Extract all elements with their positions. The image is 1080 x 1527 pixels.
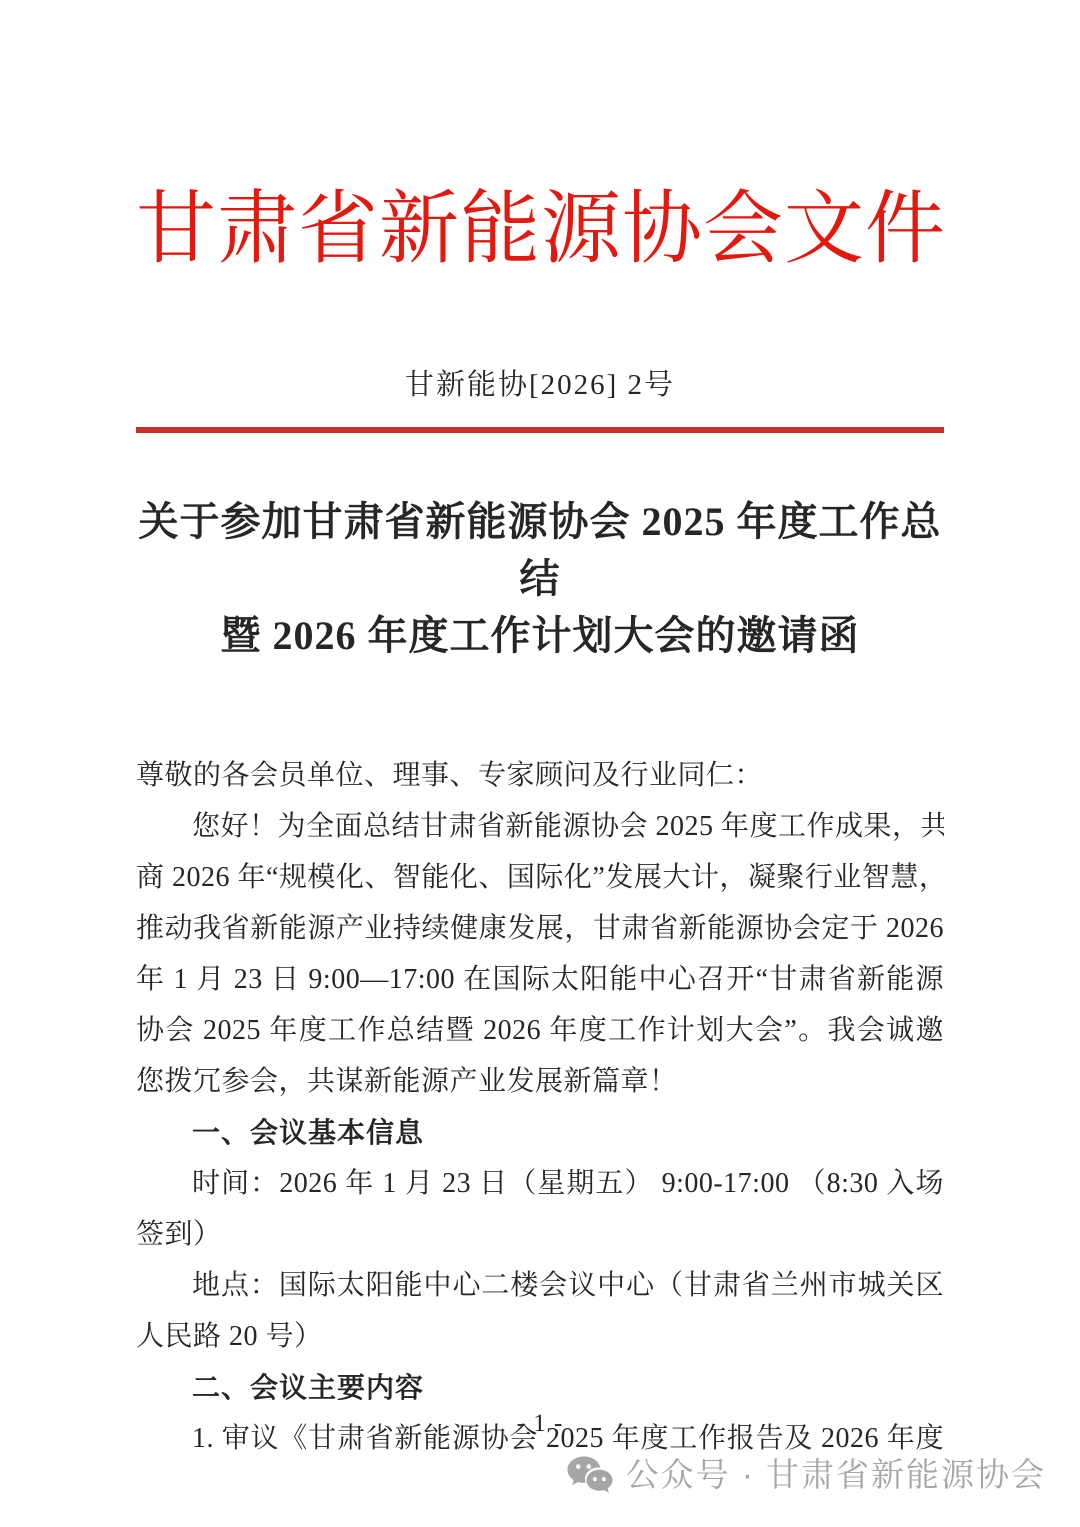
document-title: 关于参加甘肃省新能源协会 2025 年度工作总结 暨 2026 年度工作计划大会… xyxy=(136,493,944,664)
body-line: 年 1 月 23 日 9:00—17:00 在国际太阳能中心召开“甘肃省新能源 xyxy=(136,954,944,1005)
body-line: 协会 2025 年度工作总结暨 2026 年度工作计划大会”。我会诚邀 xyxy=(136,1005,944,1056)
section-heading-2: 二、会议主要内容 xyxy=(136,1362,944,1413)
body-line-location: 地点：国际太阳能中心二楼会议中心（甘肃省兰州市城关区 xyxy=(136,1260,944,1311)
body-line-time: 时间：2026 年 1 月 23 日（星期五） 9:00-17:00 （8:30… xyxy=(136,1158,944,1209)
document-number: 甘新能协[2026] 2号 xyxy=(136,365,944,405)
document-page: 甘肃省新能源协会文件 甘新能协[2026] 2号 关于参加甘肃省新能源协会 20… xyxy=(0,0,1080,1527)
wechat-watermark: 公众号 · 甘肃省新能源协会 xyxy=(566,1452,1046,1498)
body-line: 您好！为全面总结甘肃省新能源协会 2025 年度工作成果，共 xyxy=(136,801,944,852)
letterhead-title: 甘肃省新能源协会文件 xyxy=(136,190,944,270)
page-number: - 1 - xyxy=(0,1410,1080,1438)
red-divider-rule xyxy=(136,427,944,433)
wechat-icon xyxy=(566,1455,614,1495)
body-line: 商 2026 年“规模化、智能化、国际化”发展大计，凝聚行业智慧， xyxy=(136,852,944,903)
body-line: 签到） xyxy=(136,1209,944,1260)
section-heading-1: 一、会议基本信息 xyxy=(136,1107,944,1158)
body-line: 您拨冗参会，共谋新能源产业发展新篇章！ xyxy=(136,1056,944,1107)
body-line: 人民路 20 号） xyxy=(136,1311,944,1362)
title-line-1: 关于参加甘肃省新能源协会 2025 年度工作总结 xyxy=(139,499,942,601)
watermark-text: 公众号 · 甘肃省新能源协会 xyxy=(626,1452,1046,1498)
body-line: 推动我省新能源产业持续健康发展，甘肃省新能源协会定于 2026 xyxy=(136,903,944,954)
body-line-salutation: 尊敬的各会员单位、理事、专家顾问及行业同仁： xyxy=(136,750,944,801)
title-line-2: 暨 2026 年度工作计划大会的邀请函 xyxy=(221,613,860,658)
document-body: 尊敬的各会员单位、理事、专家顾问及行业同仁： 您好！为全面总结甘肃省新能源协会 … xyxy=(136,750,944,1464)
